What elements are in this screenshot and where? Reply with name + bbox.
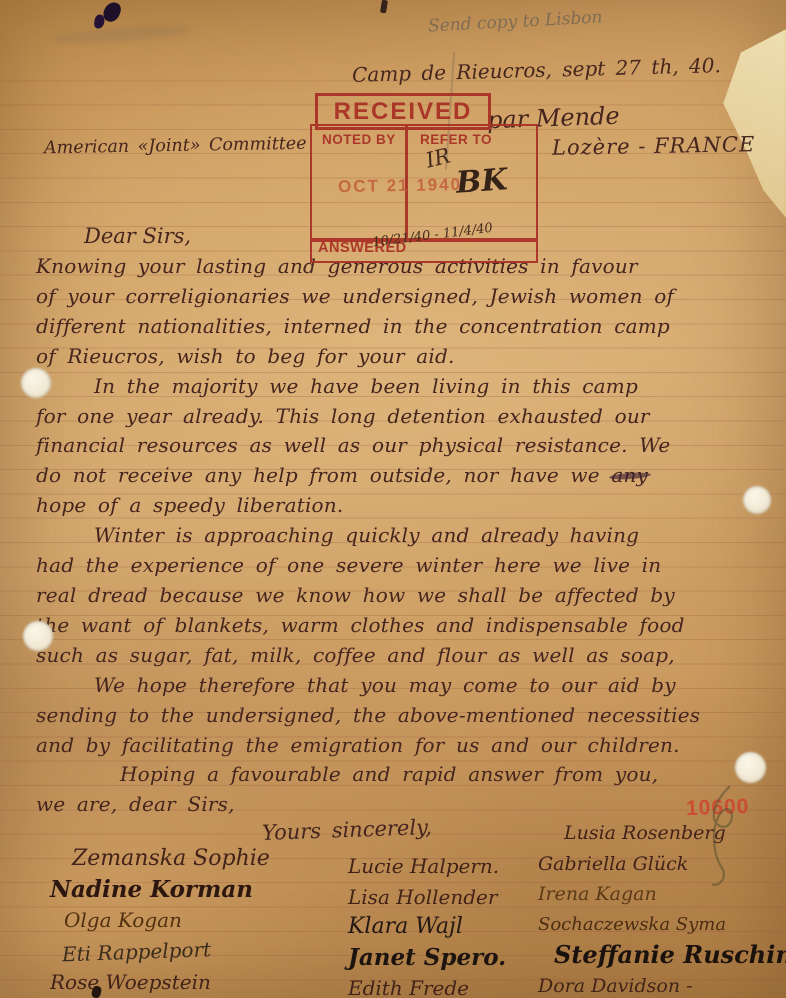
letter-line: financial resources as well as our physi…: [36, 431, 752, 461]
letter-line: sending to the undersigned, the above-me…: [36, 701, 752, 731]
signature: Lusia Rosenberg: [538, 818, 786, 849]
letter-line: In the majority we have been living in t…: [36, 372, 752, 402]
signature: Olga Kogan: [50, 905, 270, 936]
received-stamp: RECEIVED NOTED BY REFER TO OCT 21 1940 A…: [310, 88, 536, 260]
letter-line: the want of blankets, warm clothes and i…: [36, 611, 752, 641]
letter-body: Knowing your lasting and generous activi…: [36, 252, 752, 820]
signature-column-left: Zemanska SophieNadine KormanOlga KoganEt…: [50, 843, 270, 998]
signature: Eti Rappelport: [50, 932, 271, 971]
stamp-refer-to-label: REFER TO: [420, 132, 492, 147]
torn-corner: [688, 8, 786, 220]
ink-mark-top: [380, 0, 388, 13]
signoff: Yours sincerely,: [262, 815, 433, 845]
refer-initials-2: BK: [455, 162, 509, 201]
ink-blot: [101, 0, 122, 24]
punch-hole: [735, 752, 766, 783]
signature: Dora Davidson -: [538, 971, 786, 998]
letter-line: We hope therefore that you may come to o…: [36, 671, 752, 701]
struck-word: any: [611, 461, 648, 491]
pencil-smudge: [52, 23, 193, 46]
signature: Steffanie Ruschin-Spira: [538, 940, 786, 971]
signature: Irena Kagan: [538, 879, 786, 910]
signature: Sochaczewska Syma: [538, 910, 786, 941]
location-line-2: Lozère - FRANCE: [552, 132, 756, 160]
stamp-noted-by-label: NOTED BY: [322, 132, 396, 147]
letter-line: real dread because we know how we shall …: [36, 581, 752, 611]
letter-line: and by facilitating the emigration for u…: [36, 731, 752, 761]
punch-hole: [23, 621, 53, 651]
signature: Janet Spero.: [348, 943, 506, 974]
punch-hole: [743, 486, 771, 514]
signature: Rose Woepstein: [50, 967, 270, 998]
letter-line: had the experience of one severe winter …: [36, 551, 752, 581]
signature: Nadine Korman: [50, 874, 270, 905]
letter-line: different nationalities, interned in the…: [36, 312, 752, 342]
letter-line: of Rieucros, wish to beg for your aid.: [36, 342, 752, 372]
ink-flourish: [700, 780, 742, 892]
letter-line: Hoping a favourable and rapid answer fro…: [36, 760, 752, 790]
signature: Gabriella Glück: [538, 849, 786, 880]
stamp-date: OCT 21 1940: [338, 175, 462, 197]
signature-column-right: Lusia RosenbergGabriella GlückIrena Kaga…: [538, 818, 786, 998]
signature-column-middle: Lucie Halpern.Lisa HollenderKlara WajlJa…: [348, 851, 506, 998]
punch-hole: [21, 368, 51, 398]
signature: Zemanska Sophie: [50, 843, 270, 874]
letter-page: Send copy to Lisbon Camp de Rieucros, se…: [0, 0, 786, 998]
dateline: Camp de Rieucros, sept 27 th, 40.: [352, 53, 721, 87]
letter-line: Winter is approaching quickly and alread…: [36, 521, 752, 551]
signature: Lucie Halpern.: [348, 851, 506, 882]
letter-line: of your correligionaries we undersigned,…: [36, 282, 752, 312]
pencil-annotation: Send copy to Lisbon: [428, 7, 603, 36]
signature: Klara Wajl: [348, 912, 506, 943]
signature: Lisa Hollender: [348, 882, 506, 913]
letter-line: such as sugar, fat, milk, coffee and flo…: [36, 641, 752, 671]
addressee: American «Joint» Committee: [44, 134, 307, 159]
letter-line: hope of a speedy liberation.: [36, 491, 752, 521]
letter-line: for one year already. This long detentio…: [36, 402, 752, 432]
salutation: Dear Sirs,: [84, 224, 191, 248]
letter-line: do not receive any help from outside, no…: [36, 461, 752, 491]
signature: Edith Frede: [348, 973, 506, 998]
